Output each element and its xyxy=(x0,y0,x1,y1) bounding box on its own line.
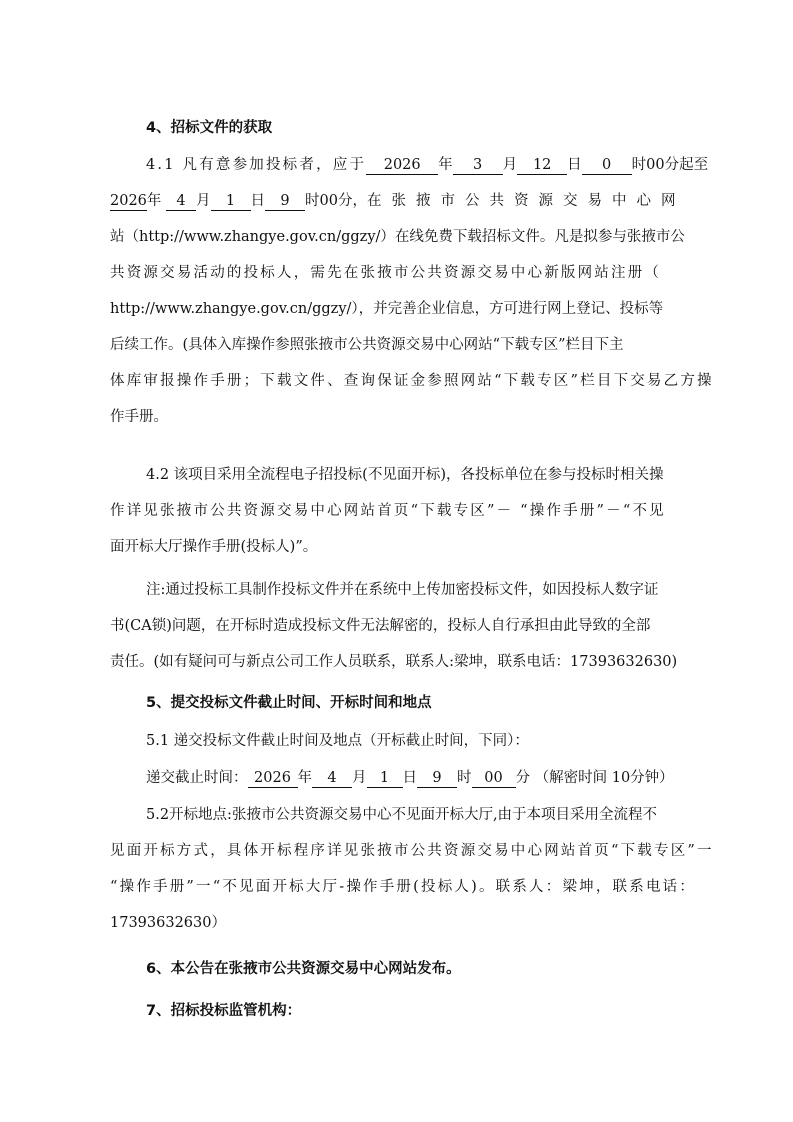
para-4-1-line-7: 体库审报操作手册；下载文件、查询保证金参照网站“下载专区”栏目下交易乙方操 xyxy=(110,371,720,391)
para-4-1-line-6: 后续工作。(具体入库操作参照张掖市公共资源交易中心网站“下载专区”栏目下主 xyxy=(110,335,720,355)
unit-day: 日 xyxy=(403,770,418,786)
para-4-1-line-3: 站（http://www.zhangye.gov.cn/ggzy/）在线免费下载… xyxy=(110,227,720,247)
para-5-2-line-3: “操作手册”一“不见面开标大厅-操作手册(投标人)。联系人：梁坤，联系电话： xyxy=(110,877,720,897)
start-day-field: 12 xyxy=(517,157,567,175)
end-day-field: 1 xyxy=(211,193,251,211)
end-hour-field: 9 xyxy=(265,193,305,211)
deadline-minute-field: 00 xyxy=(472,770,516,788)
para-4-1-line-4: 共资源交易活动的投标人，需先在张掖市公共资源交易中心新版网站注册（ xyxy=(110,263,720,283)
unit-month: 月 xyxy=(352,770,367,786)
section-7-heading: 7、招标投标监管机构： xyxy=(110,1001,720,1021)
unit-hour: 时 xyxy=(457,770,472,786)
after-end-text: 时00分， xyxy=(305,193,367,209)
para-4-1-line-8: 作手册。 xyxy=(110,407,720,427)
end-year-field: 2026 xyxy=(110,193,147,211)
note-line-1: 注:通过投标工具制作投标文件并在系统中上传加密投标文件，如因投标人数字证 xyxy=(110,580,720,600)
section-4-heading: 4、招标文件的获取 xyxy=(110,118,720,138)
after-start-text: 时00分起至 xyxy=(632,157,708,173)
unit-day: 日 xyxy=(251,193,266,209)
note-line-2: 书(CA锁)问题，在开标时造成投标文件无法解密的，投标人自行承担由此导致的全部 xyxy=(110,616,720,636)
para-5-2-line-1: 5.2开标地点:张掖市公共资源交易中心不见面开标大厅,由于本项目采用全流程不 xyxy=(110,805,720,825)
start-hour-field: 0 xyxy=(582,157,632,175)
para-5-1-line-1: 5.1 递交投标文件截止时间及地点（开标截止时间，下同）： xyxy=(110,731,720,751)
start-year-field: 2026 xyxy=(366,157,438,175)
para-5-2-line-2: 见面开标方式，具体开标程序详见张掖市公共资源交易中心网站首页“下载专区”一 xyxy=(110,841,720,861)
deadline-label: 递交截止时间： xyxy=(146,770,248,786)
unit-year: 年 xyxy=(438,157,453,173)
note-line-3: 责任。(如有疑问可与新点公司工作人员联系，联系人:梁坤，联系电话：1739363… xyxy=(110,652,720,672)
start-month-field: 3 xyxy=(453,157,503,175)
para-5-2-line-4: 17393632630） xyxy=(110,913,720,933)
deadline-line: 递交截止时间：2026年4月1日9时00分 （解密时间 10分钟） xyxy=(110,768,720,788)
end-month-field: 4 xyxy=(166,193,196,211)
section-5-heading: 5、提交投标文件截止时间、开标时间和地点 xyxy=(110,693,720,713)
document-page: 4、招标文件的获取 4.1 凡有意参加投标者，应于2026年3月12日0时00分… xyxy=(0,0,793,1122)
unit-year: 年 xyxy=(298,770,313,786)
deadline-year-field: 2026 xyxy=(248,770,298,788)
unit-month: 月 xyxy=(503,157,518,173)
section-6-heading: 6、本公告在张掖市公共资源交易中心网站发布。 xyxy=(110,959,720,979)
unit-month: 月 xyxy=(196,193,211,209)
decrypt-note: （解密时间 10分钟） xyxy=(535,770,674,786)
unit-minute: 分 xyxy=(516,770,531,786)
para-4-1-line-5: http://www.zhangye.gov.cn/ggzy/），并完善企业信息… xyxy=(110,299,720,319)
para-4-2-line-3: 面开标大厅操作手册(投标人)”。 xyxy=(110,537,720,557)
para-4-1-line-1: 4.1 凡有意参加投标者，应于2026年3月12日0时00分起至 xyxy=(110,155,720,175)
para-4-2-line-2: 作详见张掖市公共资源交易中心网站首页“下载专区”－ “操作手册”－“不见 xyxy=(110,501,720,521)
para-4-2-line-1: 4.2 该项目采用全流程电子招投标(不见面开标)，各投标单位在参与投标时相关操 xyxy=(110,465,720,485)
unit-year: 年 xyxy=(147,193,162,209)
para-4-1-lead: 4.1 凡有意参加投标者，应于 xyxy=(146,157,366,173)
para-4-1-line-2: 2026年 4月1日9时00分，在张掖市公共资源交易中心网 xyxy=(110,191,720,211)
line-2-tail: 在张掖市公共资源交易中心网 xyxy=(367,193,686,209)
deadline-month-field: 4 xyxy=(312,770,352,788)
deadline-hour-field: 9 xyxy=(417,770,457,788)
unit-day: 日 xyxy=(567,157,582,173)
deadline-day-field: 1 xyxy=(367,770,403,788)
